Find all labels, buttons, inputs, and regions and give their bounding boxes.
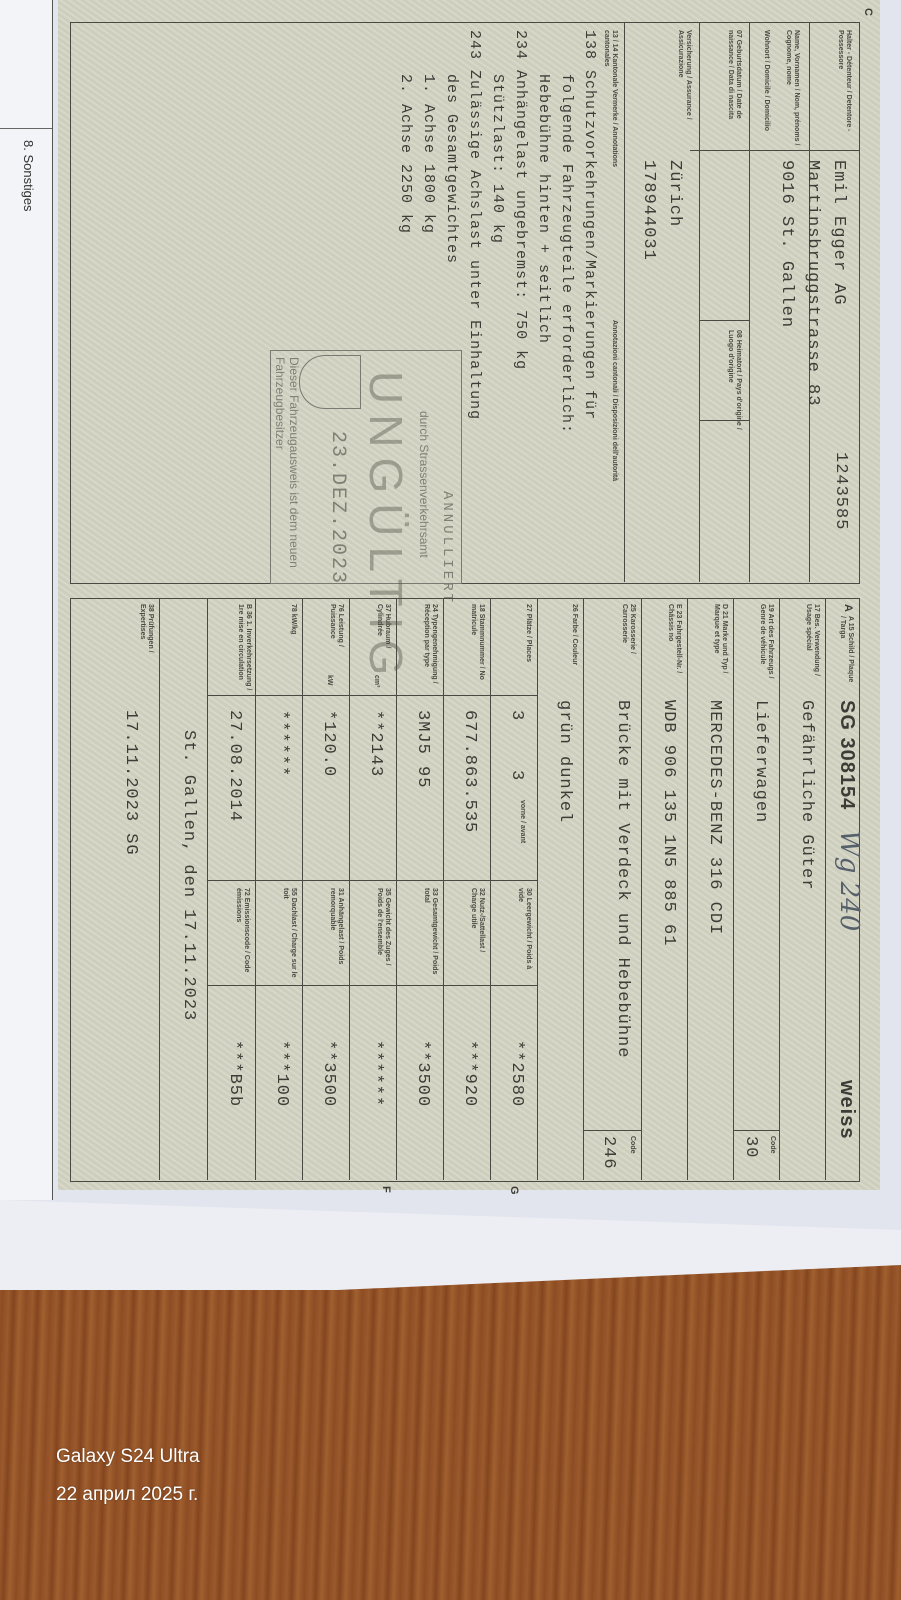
- plate-label: A 15 Schild / Plaque / Targa: [838, 616, 854, 686]
- weight-label: 30 Leergewicht / Poids à vide: [516, 888, 532, 978]
- seats-front-label: vorne / avant: [518, 800, 526, 860]
- vehicle-registration-document: C Halter - Détenteur / Detentore - Posse…: [58, 0, 880, 1190]
- first-registration-label: B 36 1. Inverkehrsetzung / 1re mise en c…: [236, 604, 252, 694]
- displacement-label: 37 Hubraum / Cylindrée: [375, 604, 391, 674]
- remark-line: Stützlast: 140 kg: [489, 74, 506, 244]
- power-weight: ******: [272, 710, 291, 777]
- handwritten-note: Wg 240: [834, 830, 864, 931]
- weight-value: **2580: [507, 1040, 526, 1107]
- color-value: grün dunkel: [555, 700, 574, 823]
- remark-line: Hebebühne hinten + seitlich: [535, 74, 552, 344]
- weight-label: 72 Emissionscode / Code émissions: [234, 888, 250, 978]
- section-sonstiges: 8. Sonstiges: [21, 140, 36, 212]
- holder-address-label: Wohnort / Domicile / Domicilio: [762, 30, 770, 150]
- plate-number: SG 308154: [835, 700, 858, 810]
- displacement-unit: cm³: [372, 675, 380, 687]
- weight-label: 33 Gesamtgewicht / Poids total: [422, 888, 438, 978]
- section-label: Sonstiges: [21, 154, 36, 211]
- remark-line: folgende Fahrzeugteile erforderlich:: [558, 74, 575, 434]
- code-label: Code: [628, 1136, 636, 1154]
- displacement: **2143: [366, 710, 385, 777]
- holder-header-label: Halter - Détenteur / Detentore - Possess…: [836, 30, 852, 140]
- weight-value: **3500: [319, 1040, 338, 1107]
- type-label: 19 Art des Fahrzeugs / Genre de véhicule: [758, 604, 774, 684]
- camera-watermark-device: Galaxy S24 Ultra: [56, 1446, 200, 1468]
- chassis-number: WDB 906 135 1N5 885 61: [659, 700, 678, 946]
- body-label: 25 Karosserie / Carrosserie: [620, 604, 636, 684]
- weight-value: ***B5b: [225, 1040, 244, 1107]
- remarks-header-2: Annotazioni cantonali / Disposizioni del…: [610, 320, 618, 520]
- document-page-rotated: C Halter - Détenteur / Detentore - Posse…: [58, 0, 880, 1190]
- side-letter-g: G: [508, 1186, 520, 1195]
- insurance-company: Zürich: [665, 160, 684, 227]
- power-weight-label: 78 kW/kg: [289, 604, 297, 684]
- stamp-authority: durch Strassenverkehrsamt: [417, 411, 431, 558]
- invalidation-stamp: ANNULLIERT durch Strassenverkehrsamt UNG…: [270, 350, 462, 584]
- type-code: 30: [741, 1136, 760, 1158]
- body-type: Brücke mit Verdeck und Hebebühne: [610, 700, 634, 1100]
- side-letter-f: F: [380, 1186, 392, 1193]
- stamm-label: 18 Stammnummer / No matricule: [469, 604, 485, 684]
- type-approval: 3MJ5 95: [413, 710, 432, 788]
- weight-label: 35 Gewicht des Zuges / Poids de l'ensemb…: [375, 888, 391, 978]
- stamp-note: Dieser Fahrzeugausweis ist dem neuen Fah…: [273, 357, 301, 577]
- insurance-policy-number: 178944031: [639, 160, 658, 261]
- coat-of-arms-icon: [299, 355, 361, 409]
- stamp-annulled: ANNULLIERT: [439, 491, 455, 605]
- weight-value: ***100: [272, 1040, 291, 1107]
- weight-value: **3500: [413, 1040, 432, 1107]
- exam-date: 17.11.2023 SG: [121, 710, 140, 856]
- weight-value: ***920: [460, 1040, 479, 1107]
- type-approval-label: 24 Typengenehmigung / Réception par type: [422, 604, 438, 684]
- remark-line: 2. Achse 2250 kg: [397, 74, 414, 234]
- camera-watermark-date: 22 април 2025 г.: [56, 1484, 198, 1506]
- chassis-label: E 23 Fahrgestell-Nr. / Châssis no: [666, 604, 682, 684]
- power-unit: kW: [325, 675, 333, 686]
- weight-label: 31 Anhängelast / Poids remorquable: [328, 888, 344, 978]
- holder-name-label: Name, Vornamen / Nom, prénoms / Cognome,…: [784, 30, 800, 150]
- holder-name: Emil Egger AG: [829, 160, 848, 306]
- holder-street: Martinsbruggstrasse 83: [803, 160, 822, 406]
- insurance-label: Versicherung / Assurance / Assicurazione: [676, 30, 692, 140]
- remark-line: 138 Schutzvorkehrungen/Markierungen für: [581, 30, 598, 420]
- weight-label: 55 Dachlast / Charge sur le toit: [281, 888, 297, 978]
- exam-label: 38 Prüfungen / Expertises: [138, 604, 154, 684]
- power-label: 76 Leistung / Puissance: [328, 604, 344, 674]
- make-label: D 21 Marke und Typ / Marque et type: [712, 604, 728, 684]
- origin-label: 08 Heimatort / Pays d'origine / Luogo d'…: [726, 330, 742, 430]
- holder-city: 9016 St. Gallen: [777, 160, 796, 328]
- weight-value: ******: [366, 1040, 385, 1107]
- make-model: MERCEDES-BENZ 316 CDI: [705, 700, 724, 935]
- seats-total: 3: [507, 710, 526, 721]
- seats-front: 3: [507, 770, 526, 781]
- code-label: Code: [768, 1136, 776, 1154]
- remark-line: 234 Anhängelast ungebremst: 750 kg: [512, 30, 529, 370]
- color-top: weiss: [835, 1080, 858, 1139]
- remark-line: des Gesamtgewichtes: [443, 74, 460, 264]
- remark-line: 1. Achse 1800 kg: [420, 74, 437, 234]
- usage-label: 17 Bes. Verwendung / Usage spécial: [804, 604, 820, 684]
- birth-date-label: 07 Geburtsdatum / Date de naissance / Da…: [726, 30, 742, 140]
- form-sheet-sonstiges: 8. Sonstiges: [0, 0, 53, 1200]
- issue-place-date: St. Gallen, den 17.11.2023: [179, 730, 198, 1021]
- section-number: 8.: [21, 140, 36, 151]
- weight-label: 32 Nutz-/Sattellast / Charge utile: [469, 888, 485, 978]
- stamp-date: 23.DEZ.2023: [326, 431, 349, 585]
- color-label: 26 Farbe / Couleur: [570, 604, 578, 684]
- remarks-header-1: 13 / 14 Kantonale Vermerke / Annotations…: [602, 30, 618, 190]
- section-letter-c: C: [862, 8, 874, 16]
- remark-line: 243 Zulässige Achslast unter Einhaltung: [466, 30, 483, 420]
- document-number: 1243585: [831, 452, 850, 530]
- stamm-number: 677.863.535: [460, 710, 479, 833]
- usage-value: Gefährliche Güter: [797, 700, 816, 890]
- body-code: 246: [599, 1136, 618, 1170]
- first-registration: 27.08.2014: [225, 710, 244, 822]
- vehicle-type: Lieferwagen: [751, 700, 770, 823]
- seats-label: 27 Plätze / Places: [524, 604, 532, 684]
- power: *120.0: [319, 710, 338, 777]
